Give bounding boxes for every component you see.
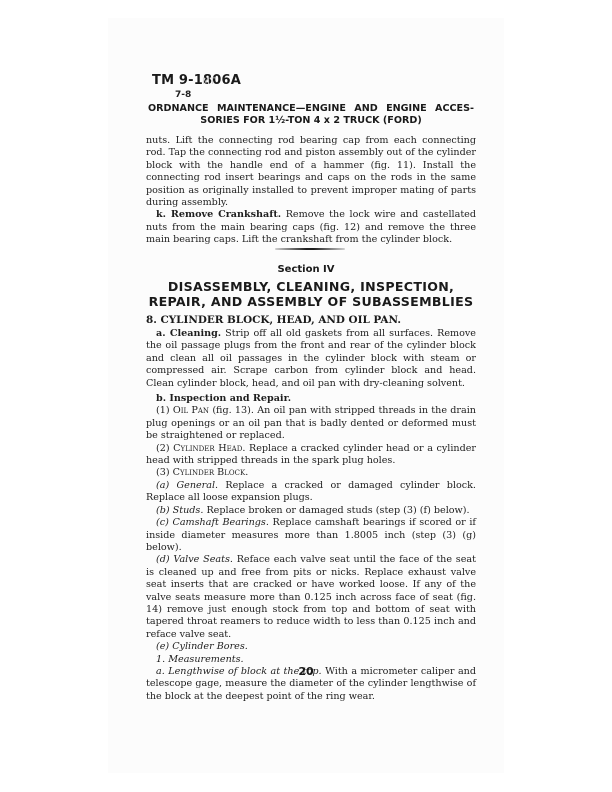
item-cylinder-bores-label: (e) Cylinder Bores. — [156, 641, 248, 652]
item-studs-text: Replace broken or damaged studs (step (3… — [203, 505, 469, 516]
subparagraph-k: k. Remove Crankshaft. Remove the lock wi… — [146, 209, 476, 246]
item-general-label: (a) General. — [156, 480, 218, 491]
subparagraph-b: b. Inspection and Repair. — [146, 393, 476, 405]
item-cylinder-bores: (e) Cylinder Bores. — [146, 641, 476, 653]
item-number: (1) — [156, 405, 173, 416]
subparagraph-a: a. Cleaning. Strip off all old gaskets f… — [146, 328, 476, 390]
item-studs-label: (b) Studs. — [156, 505, 203, 516]
item-measurements-label: 1. Measurements. — [156, 654, 244, 665]
running-title: ORDNANCE MAINTENANCE—ENGINE AND ENGINE A… — [148, 103, 474, 127]
paragraph-reference: 7-8 — [175, 90, 191, 100]
section-label: Section IV — [0, 264, 612, 275]
document-page: TM 9-1806A MT 7-8 ORDNANCE MAINTENANCE—E… — [0, 0, 612, 792]
item-cylinder-block-label: Cylinder Block. — [173, 467, 249, 478]
page-number: 20 — [0, 665, 612, 678]
paragraph-heading: 8. CYLINDER BLOCK, HEAD, AND OIL PAN. — [146, 314, 401, 326]
item-camshaft-bearings-label: (c) Camshaft Bearings. — [156, 517, 269, 528]
continued-text: nuts. Lift the connecting rod bearing ca… — [146, 135, 476, 247]
subparagraph-a-label: a. Cleaning. — [156, 328, 221, 339]
item-studs: (b) Studs. Replace broken or damaged stu… — [146, 505, 476, 517]
item-valve-seats: (d) Valve Seats. Reface each valve seat … — [146, 554, 476, 641]
item-camshaft-bearings: (c) Camshaft Bearings. Replace camshaft … — [146, 517, 476, 554]
paragraph-8-body: a. Cleaning. Strip off all old gaskets f… — [146, 328, 476, 703]
item-oil-pan: (1) Oil Pan (fig. 13). An oil pan with s… — [146, 405, 476, 442]
item-cylinder-head: (2) Cylinder Head. Replace a cracked cyl… — [146, 443, 476, 468]
tm-number: TM 9-1806A — [152, 73, 241, 88]
item-number: (3) — [156, 467, 173, 478]
item-number: (2) — [156, 443, 173, 454]
continued-paragraph: nuts. Lift the connecting rod bearing ca… — [146, 135, 476, 209]
running-title-line2: SORIES FOR 1½-TON 4 x 2 TRUCK (FORD) — [148, 115, 474, 127]
subparagraph-b-label: b. Inspection and Repair. — [156, 393, 291, 404]
tm-ghost-mark: MT — [202, 77, 215, 87]
subparagraph-k-label: k. Remove Crankshaft. — [156, 209, 281, 220]
item-oil-pan-label: Oil Pan — [173, 405, 209, 416]
item-general: (a) General. Replace a cracked or damage… — [146, 480, 476, 505]
item-valve-seats-text: Reface each valve seat until the face of… — [146, 554, 476, 639]
item-cylinder-head-label: Cylinder Head. — [173, 443, 245, 454]
section-title: DISASSEMBLY, CLEANING, INSPECTION, REPAI… — [146, 279, 476, 309]
section-divider — [275, 248, 345, 250]
item-valve-seats-label: (d) Valve Seats. — [156, 554, 233, 565]
running-title-line1: ORDNANCE MAINTENANCE—ENGINE AND ENGINE A… — [148, 103, 474, 115]
item-cylinder-block: (3) Cylinder Block. — [146, 467, 476, 479]
